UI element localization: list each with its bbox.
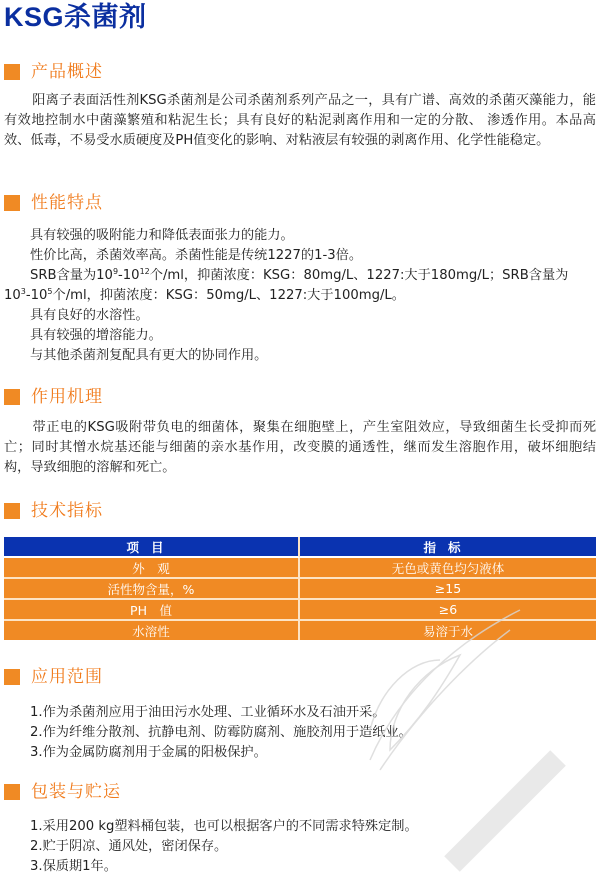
srb-text: -10 <box>26 288 48 303</box>
feature-item: 具有较强的增溶能力。 <box>30 326 568 346</box>
srb-text: -10 <box>118 268 140 283</box>
table-row: 外 观 无色或黄色均匀液体 <box>4 558 596 579</box>
table-row: 水溶性 易溶于水 <box>4 621 596 640</box>
section-heading-applications: 应用范围 <box>4 667 103 687</box>
column-header-value: 指标 <box>300 537 596 558</box>
cell-value: 易溶于水 <box>300 621 596 640</box>
section-heading-label: 作用机理 <box>31 387 103 407</box>
orange-square-icon <box>4 784 20 800</box>
column-header-item: 项目 <box>4 537 300 558</box>
application-item: 1.作为杀菌剂应用于油田污水处理、工业循环水及石油开采。 <box>30 703 412 723</box>
orange-square-icon <box>4 389 20 405</box>
srb-text: 10 <box>4 288 21 303</box>
cell-item: 外 观 <box>4 558 300 579</box>
table-row: 活性物含量，% ≥15 <box>4 579 596 600</box>
feature-item-srb: SRB含量为109-1012个/ml，抑菌浓度：KSG：80mg/L、1227:… <box>30 266 568 286</box>
srb-text: 个/ml，抑菌浓度：KSG：50mg/L、1227:大于100mg/L。 <box>53 288 405 303</box>
feature-item-srb-continued: 103-105个/ml，抑菌浓度：KSG：50mg/L、1227:大于100mg… <box>4 286 568 306</box>
mechanism-text: 带正电的KSG吸附带负电的细菌体，聚集在细胞壁上，产生室阻效应，导致细菌生长受抑… <box>4 420 596 475</box>
cell-value: ≥6 <box>300 600 596 621</box>
packaging-item: 3.保质期1年。 <box>30 857 418 877</box>
application-item: 3.作为金属防腐剂用于金属的阳极保护。 <box>30 743 412 763</box>
srb-text: 个/ml，抑菌浓度：KSG：80mg/L、1227:大于180mg/L；SRB含… <box>150 268 569 283</box>
packaging-item: 2.贮于阴凉、通风处，密闭保存。 <box>30 837 418 857</box>
spec-table: 项目 指标 外 观 无色或黄色均匀液体 活性物含量，% ≥15 PH 值 ≥6 … <box>4 537 596 640</box>
mechanism-paragraph: 带正电的KSG吸附带负电的细菌体，聚集在细胞壁上，产生室阻效应，导致细菌生长受抑… <box>4 418 596 478</box>
feature-item: 与其他杀菌剂复配具有更大的协同作用。 <box>30 346 568 366</box>
table-row: PH 值 ≥6 <box>4 600 596 621</box>
section-heading-mechanism: 作用机理 <box>4 387 103 407</box>
superscript: 12 <box>140 267 150 276</box>
cell-value: 无色或黄色均匀液体 <box>300 558 596 579</box>
packaging-list: 1.采用200 kg塑料桶包装，也可以根据客户的不同需求特殊定制。 2.贮于阴凉… <box>30 817 418 877</box>
section-heading-label: 包装与贮运 <box>31 782 121 802</box>
overview-paragraph: 阳离子表面活性剂KSG杀菌剂是公司杀菌剂系列产品之一，具有广谱、高效的杀菌灭藻能… <box>4 91 596 151</box>
feature-item: 具有较强的吸附能力和降低表面张力的能力。 <box>30 226 568 246</box>
section-heading-packaging: 包装与贮运 <box>4 782 121 802</box>
applications-list: 1.作为杀菌剂应用于油田污水处理、工业循环水及石油开采。 2.作为纤维分散剂、抗… <box>30 703 412 763</box>
orange-square-icon <box>4 503 20 519</box>
srb-text: SRB含量为10 <box>30 268 113 283</box>
features-list: 具有较强的吸附能力和降低表面张力的能力。 性价比高，杀菌效率高。杀菌性能是传统1… <box>30 226 568 366</box>
cell-item: PH 值 <box>4 600 300 621</box>
section-heading-specs: 技术指标 <box>4 501 103 521</box>
section-heading-label: 技术指标 <box>31 501 103 521</box>
cell-item: 活性物含量，% <box>4 579 300 600</box>
packaging-item: 1.采用200 kg塑料桶包装，也可以根据客户的不同需求特殊定制。 <box>30 817 418 837</box>
feature-item: 具有良好的水溶性。 <box>30 306 568 326</box>
section-heading-label: 应用范围 <box>31 667 103 687</box>
orange-square-icon <box>4 195 20 211</box>
section-heading-label: 性能特点 <box>31 193 103 213</box>
section-heading-features: 性能特点 <box>4 193 103 213</box>
feature-item: 性价比高，杀菌效率高。杀菌性能是传统1227的1-3倍。 <box>30 246 568 266</box>
table-header-row: 项目 指标 <box>4 537 596 558</box>
orange-square-icon <box>4 64 20 80</box>
orange-square-icon <box>4 669 20 685</box>
application-item: 2.作为纤维分散剂、抗静电剂、防霉防腐剂、施胶剂用于造纸业。 <box>30 723 412 743</box>
page-title: KSG杀菌剂 <box>4 2 147 32</box>
section-heading-overview: 产品概述 <box>4 62 103 82</box>
cell-value: ≥15 <box>300 579 596 600</box>
overview-text: 阳离子表面活性剂KSG杀菌剂是公司杀菌剂系列产品之一，具有广谱、高效的杀菌灭藻能… <box>4 93 596 148</box>
section-heading-label: 产品概述 <box>31 62 103 82</box>
cell-item: 水溶性 <box>4 621 300 640</box>
